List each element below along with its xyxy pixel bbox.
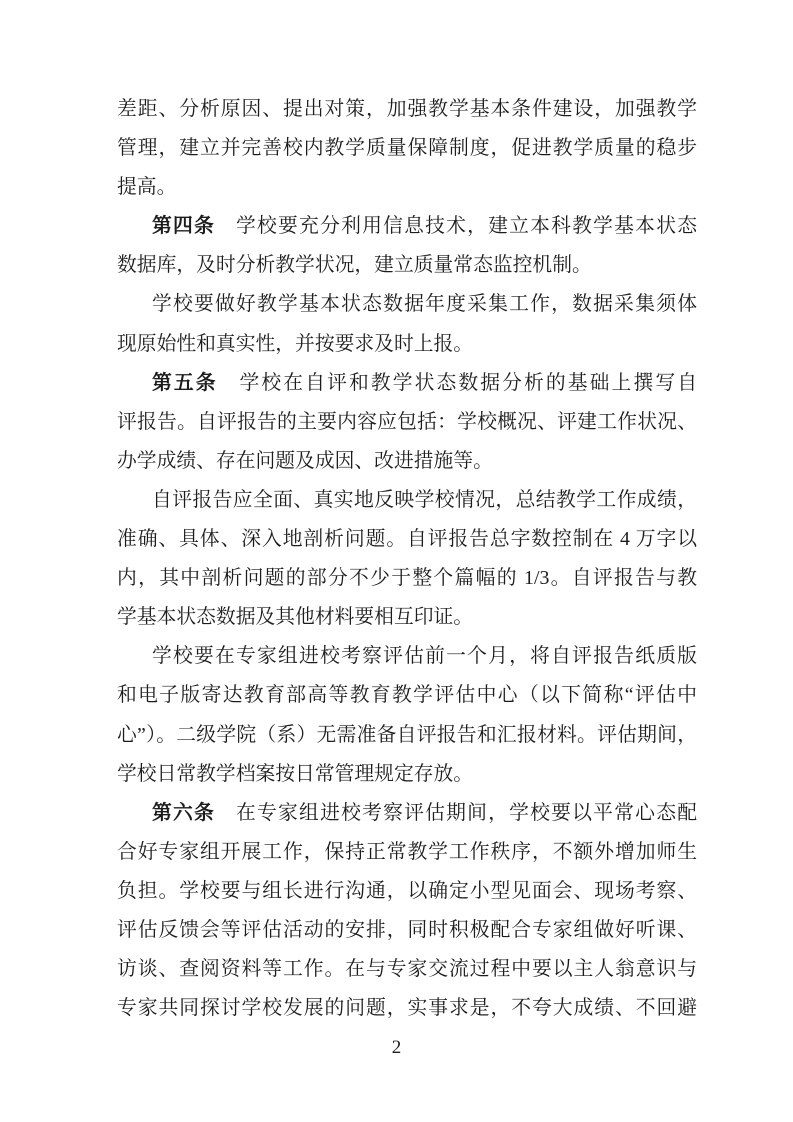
text-run: 在专家组进校考察评估期间，学校要以平常心态配: [215, 802, 697, 824]
text-run: 评估反馈会等评估活动的安排，同时积极配合专家组做好听课、: [117, 919, 697, 941]
text-run: 合好专家组开展工作，保持正常教学工作秩序，不额外增加师生: [117, 841, 697, 863]
text-line: 专家共同探讨学校发展的问题，实事求是，不夸大成绩、不回避: [117, 989, 697, 1028]
text-run: 学校在自评和教学状态数据分析的基础上撰写自: [218, 372, 697, 394]
text-run: 学基本状态数据及其他材料要相互印证。: [117, 606, 473, 628]
text-run: 现原始性和真实性，并按要求及时上报。: [117, 333, 473, 355]
text-run: 学校要在专家组进校考察评估前一个月，将自评报告纸质版: [152, 645, 697, 667]
text-line: 内，其中剖析问题的部分不少于整个篇幅的 1/3。自评报告与教: [117, 559, 697, 598]
text-run: 访谈、查阅资料等工作。在与专家交流过程中要以主人翁意识与: [117, 958, 697, 980]
text-line: 学基本状态数据及其他材料要相互印证。: [117, 598, 697, 637]
text-run: 和电子版寄达教育部高等教育教学评估中心（以下简称“评估中: [117, 684, 697, 706]
text-line: 第六条 在专家组进校考察评估期间，学校要以平常心态配: [117, 794, 697, 833]
text-run: 办学成绩、存在问题及成因、改进措施等。: [117, 450, 493, 472]
text-line: 差距、分析原因、提出对策，加强教学基本条件建设，加强教学: [117, 90, 697, 129]
text-run: 数据库，及时分析教学状况，建立质量常态监控机制。: [117, 254, 592, 276]
text-run: 学校要充分利用信息技术，建立本科教学基本状态: [215, 215, 697, 237]
text-line: 学校要做好教学基本状态数据年度采集工作，数据采集须体: [117, 285, 697, 324]
text-run: 评报告。自评报告的主要内容应包括：学校概况、评建工作状况、: [117, 411, 697, 433]
article-heading: 第六条: [152, 802, 215, 824]
text-run: 管理，建立并完善校内教学质量保障制度，促进教学质量的稳步: [117, 137, 697, 159]
article-heading: 第五条: [152, 372, 218, 394]
text-line: 访谈、查阅资料等工作。在与专家交流过程中要以主人翁意识与: [117, 950, 697, 989]
text-line: 第四条 学校要充分利用信息技术，建立本科教学基本状态: [117, 207, 697, 246]
text-line: 准确、具体、深入地剖析问题。自评报告总字数控制在 4 万字以: [117, 520, 697, 559]
text-line: 学校要在专家组进校考察评估前一个月，将自评报告纸质版: [117, 637, 697, 676]
text-run: 准确、具体、深入地剖析问题。自评报告总字数控制在 4 万字以: [117, 528, 697, 550]
text-line: 现原始性和真实性，并按要求及时上报。: [117, 325, 697, 364]
text-line: 心”）。二级学院（系）无需准备自评报告和汇报材料。评估期间，: [117, 716, 697, 755]
text-line: 提高。: [117, 168, 697, 207]
document-page: 差距、分析原因、提出对策，加强教学基本条件建设，加强教学管理，建立并完善校内教学…: [0, 0, 793, 1122]
text-line: 评报告。自评报告的主要内容应包括：学校概况、评建工作状况、: [117, 403, 697, 442]
text-line: 管理，建立并完善校内教学质量保障制度，促进教学质量的稳步: [117, 129, 697, 168]
text-line: 和电子版寄达教育部高等教育教学评估中心（以下简称“评估中: [117, 676, 697, 715]
text-line: 办学成绩、存在问题及成因、改进措施等。: [117, 442, 697, 481]
text-line: 自评报告应全面、真实地反映学校情况，总结教学工作成绩，: [117, 481, 697, 520]
text-run: 学校日常教学档案按日常管理规定存放。: [117, 763, 473, 785]
text-run: 心”）。二级学院（系）无需准备自评报告和汇报材料。评估期间，: [117, 724, 697, 746]
text-run: 负担。学校要与组长进行沟通，以确定小型见面会、现场考察、: [117, 880, 697, 902]
text-run: 差距、分析原因、提出对策，加强教学基本条件建设，加强教学: [117, 98, 697, 120]
text-line: 数据库，及时分析教学状况，建立质量常态监控机制。: [117, 246, 697, 285]
text-line: 第五条 学校在自评和教学状态数据分析的基础上撰写自: [117, 364, 697, 403]
text-run: 提高。: [117, 176, 176, 198]
text-line: 学校日常教学档案按日常管理规定存放。: [117, 755, 697, 794]
document-body: 差距、分析原因、提出对策，加强教学基本条件建设，加强教学管理，建立并完善校内教学…: [117, 90, 697, 1028]
text-line: 负担。学校要与组长进行沟通，以确定小型见面会、现场考察、: [117, 872, 697, 911]
article-heading: 第四条: [152, 215, 215, 237]
text-run: 自评报告应全面、真实地反映学校情况，总结教学工作成绩，: [152, 489, 697, 511]
text-line: 合好专家组开展工作，保持正常教学工作秩序，不额外增加师生: [117, 833, 697, 872]
page-number: 2: [0, 1038, 793, 1057]
text-run: 内，其中剖析问题的部分不少于整个篇幅的 1/3。自评报告与教: [117, 567, 697, 589]
text-run: 学校要做好教学基本状态数据年度采集工作，数据采集须体: [152, 293, 697, 315]
text-run: 专家共同探讨学校发展的问题，实事求是，不夸大成绩、不回避: [117, 997, 697, 1019]
text-line: 评估反馈会等评估活动的安排，同时积极配合专家组做好听课、: [117, 911, 697, 950]
